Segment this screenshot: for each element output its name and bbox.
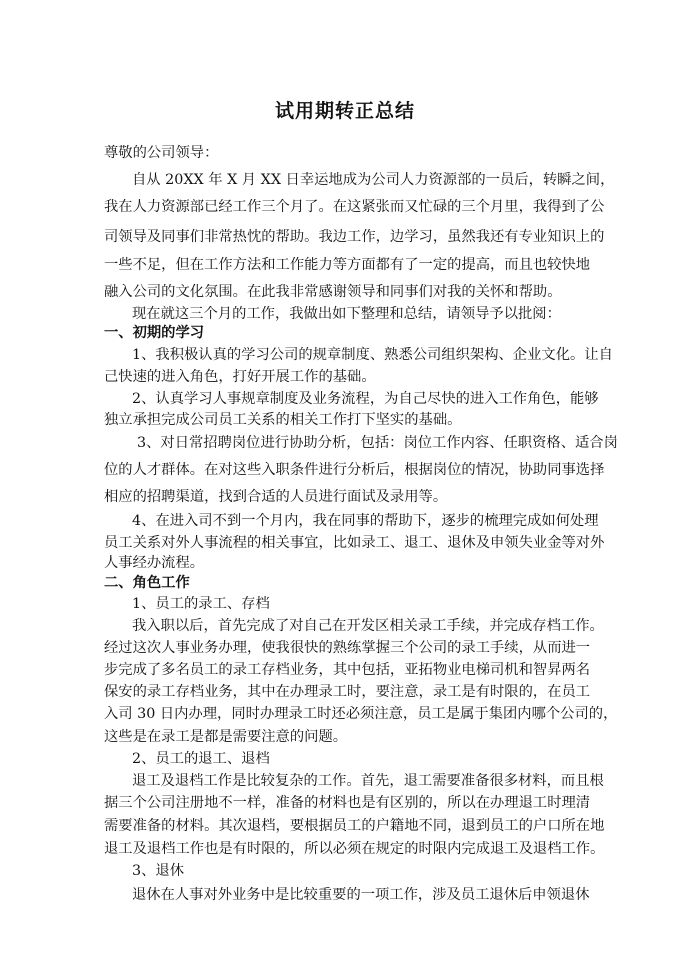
paragraph-line: 我入职以后，首先完成了对自己在开发区相关录工手续，并完成存档工作。 [132,617,584,635]
paragraph-line: 己快速的进入角色，打好开展工作的基础。 [104,368,584,386]
paragraph-line: 保安的录工存档业务，其中在办理录工时，要注意，录工是有时限的，在员工 [104,683,584,701]
paragraph-line: 自从 20XX 年 X 月 XX 日幸运地成为公司人力资源部的一员后，转瞬之间， [132,171,584,189]
paragraph-line: 入司 30 日内办理，同时办理录工时还必须注意，员工是属于集团内哪个公司的， [104,705,584,723]
paragraph-line: 退工及退档工作是比较复杂的工作。首先，退工需要准备很多材料，而且根 [132,772,584,790]
document-title: 试用期转正总结 [0,96,690,123]
paragraph-line: 人事经办流程。 [104,554,584,572]
paragraph-line: 经过这次人事业务办理，使我很快的熟练掌握三个公司的录工手续，从而进一 [104,639,584,657]
paragraph-line: 融入公司的文化氛围。在此我非常感谢领导和同事们对我的关怀和帮助。 [104,283,584,301]
paragraph-line: 一些不足，但在工作方法和工作能力等方面都有了一定的提高，而且也较快地 [104,256,584,274]
paragraph-line: 员工关系对外人事流程的相关事宜，比如录工、退工、退休及申领失业金等对外 [104,534,584,552]
section-heading-1: 一、初期的学习 [104,324,584,342]
paragraph-line: 据三个公司注册地不一样，准备的材料也是有区别的，所以在办理退工时理清 [104,794,584,812]
paragraph-line: 位的人才群体。在对这些入职条件进行分析后，根据岗位的情况，协助同事选择 [104,461,584,479]
paragraph-line: 相应的招聘渠道，找到合适的人员进行面试及录用等。 [104,488,584,506]
section-heading-2: 二、角色工作 [104,574,584,592]
paragraph-line: 4、在进入司不到一个月内，我在同事的帮助下，逐步的梳理完成如何处理 [132,512,584,530]
paragraph-line: 独立承担完成公司员工关系的相关工作打下坚实的基础。 [104,411,584,429]
paragraph-line: 2、认真学习人事规章制度及业务流程，为自己尽快的进入工作角色，能够 [132,390,584,408]
paragraph-line: 步完成了多名员工的录工存档业务，其中包括，亚拓物业电梯司机和智昇两名 [104,661,584,679]
paragraph-line: 现在就这三个月的工作，我做出如下整理和总结，请领导予以批阅： [132,305,612,323]
salutation: 尊敬的公司领导： [104,144,584,162]
paragraph-line: 需要准备的材料。其次退档，要根据员工的户籍地不同，退到员工的户口所在地 [104,817,584,835]
subsection-heading: 2、员工的退工、退档 [132,750,612,768]
subsection-heading: 1、员工的录工、存档 [132,595,612,613]
paragraph-line: 司领导及同事们非常热忱的帮助。我边工作，边学习，虽然我还有专业知识上的 [104,228,584,246]
paragraph-line: 3、对日常招聘岗位进行协助分析，包括：岗位工作内容、任职资格、适合岗 [137,434,584,452]
paragraph-line: 这些是在录工是都是需要注意的问题。 [104,728,584,746]
document-page: 试用期转正总结 尊敬的公司领导： 自从 20XX 年 X 月 XX 日幸运地成为… [0,0,690,976]
paragraph-line: 1、我积极认真的学习公司的规章制度、熟悉公司组织架构、企业文化。让自 [132,346,584,364]
subsection-heading: 3、退休 [132,862,612,880]
paragraph-line: 我在人力资源部已经工作三个月了。在这紧张而又忙碌的三个月里，我得到了公 [104,198,584,216]
paragraph-line: 退休在人事对外业务中是比较重要的一项工作，涉及员工退休后申领退休 [132,886,584,904]
paragraph-line: 退工及退档工作也是有时限的，所以必须在规定的时限内完成退工及退档工作。 [104,840,584,858]
